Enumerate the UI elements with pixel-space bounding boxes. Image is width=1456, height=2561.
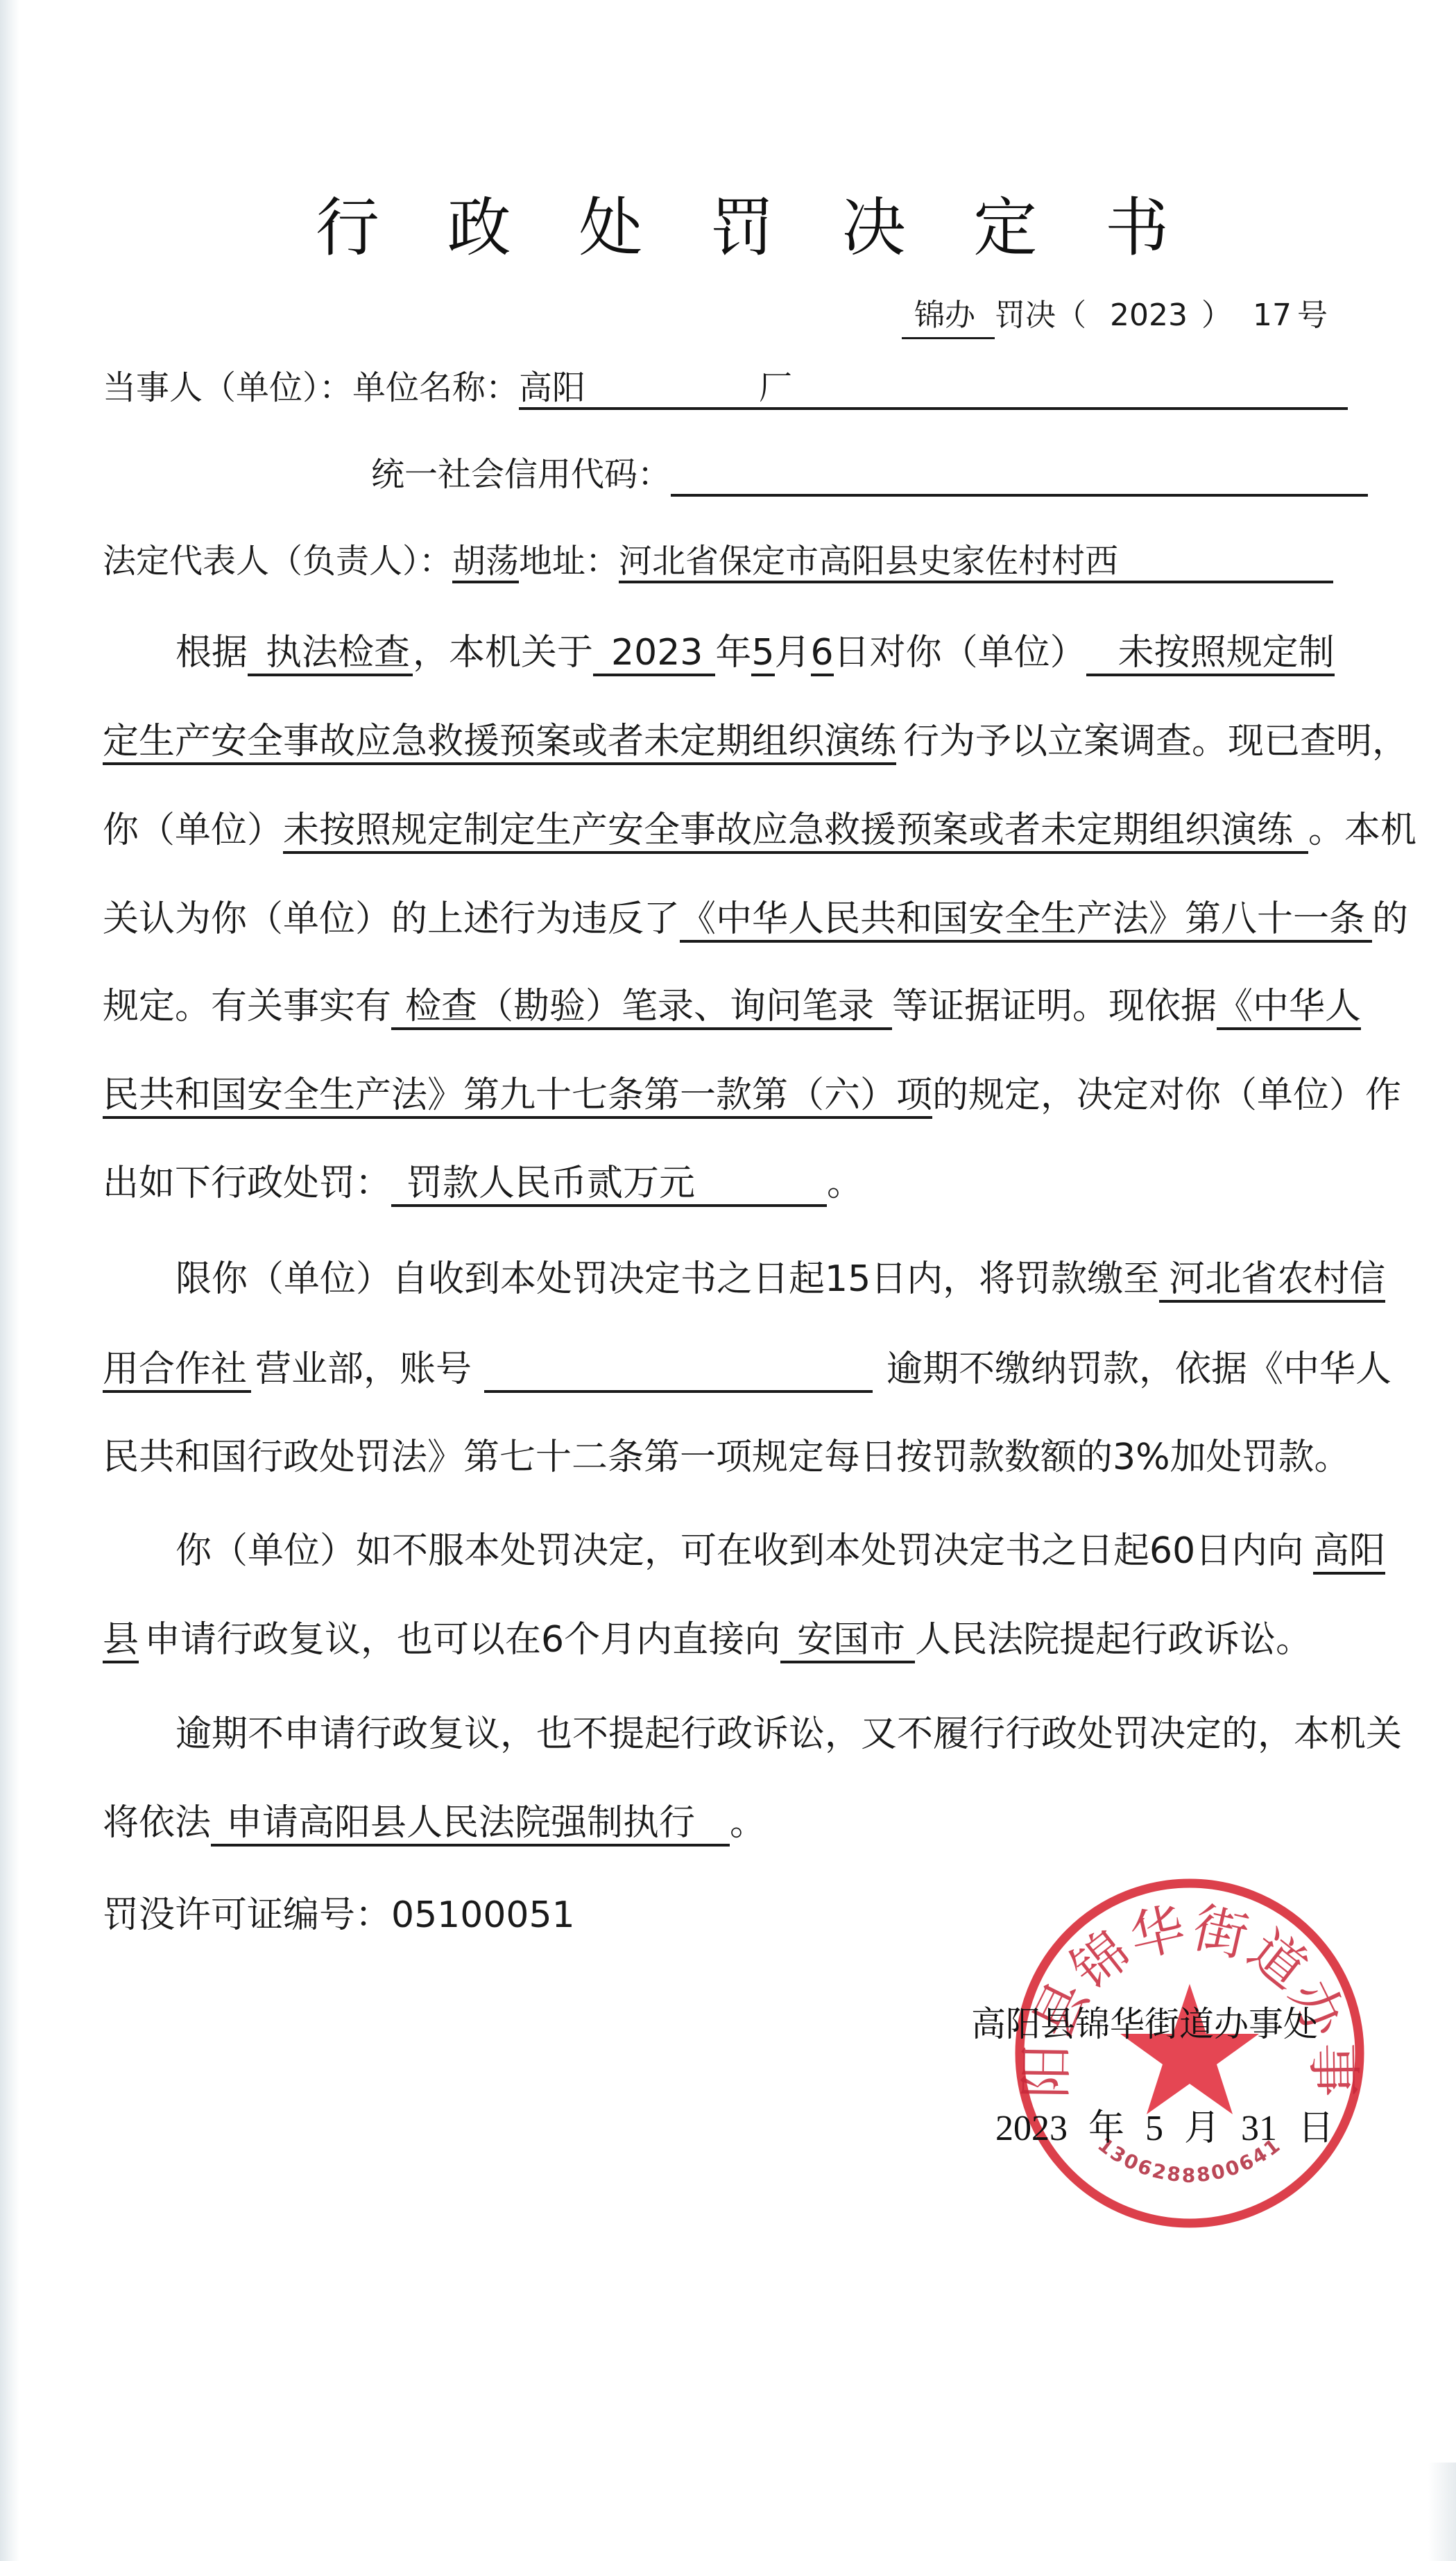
- text: 你（单位）如不服本处罚决定，可在收到本处罚决定书之日起60日内向: [175, 1530, 1303, 1572]
- text: 。本机: [1308, 810, 1416, 851]
- text: 限你（单位）自收到本处罚决定书之日起15日内，将罚款缴至: [175, 1258, 1159, 1300]
- violated-law: 《中华人民共和国安全生产法》第八十一条: [680, 901, 1372, 943]
- penalty-basis-part1: 《中华人: [1217, 988, 1361, 1030]
- scan-edge-left: [0, 0, 19, 2561]
- credit-code-label: 统一社会信用代码：: [371, 455, 671, 494]
- party-unit-line: 当事人（单位）：单位名称：高阳█厂: [103, 371, 1348, 410]
- para1-line2: 定生产安全事故应急救援预案或者未定期组织演练行为予以立案调查。现已查明，: [103, 723, 1408, 765]
- penalty-amount: 罚款人民币贰万元: [391, 1165, 827, 1207]
- para3-line1: 你（单位）如不服本处罚决定，可在收到本处罚决定书之日起60日内向高阳: [103, 1533, 1385, 1575]
- para1-line5: 规定。有关事实有检查（勘验）笔录、询问笔录等证据证明。现依据《中华人: [103, 988, 1361, 1030]
- title-char: 书: [1105, 177, 1169, 268]
- para2-line1: 限你（单位）自收到本处罚决定书之日起15日内，将罚款缴至河北省农村信: [103, 1261, 1385, 1303]
- title-char: 行: [316, 177, 379, 268]
- credit-code-field: [redacted]: [671, 458, 1368, 497]
- text: ，本机关于: [413, 632, 593, 674]
- doc-number-year: 2023: [1110, 298, 1188, 333]
- text: 的: [1372, 898, 1408, 940]
- inspection-month: 5: [751, 635, 774, 676]
- address-value: 河北省保定市高阳县史家佐村村西: [619, 545, 1333, 583]
- para1-line3: 你（单位）未按照规定制定生产安全事故应急救援预案或者未定期组织演练。本机: [103, 812, 1416, 854]
- issue-date: 2023年5月31日: [995, 2098, 1355, 2150]
- inspection-basis: 执法检查: [248, 635, 413, 676]
- text: 出如下行政处罚：: [103, 1163, 391, 1204]
- issue-month: 5: [1145, 2109, 1163, 2148]
- official-seal-icon: 高阳县锦华街道办事处 1306288800641: [1009, 1873, 1370, 2234]
- payment-bank-part2: 用合作社: [103, 1351, 251, 1393]
- text: 根据: [175, 632, 248, 674]
- evidence-text: 检查（勘验）笔录、询问笔录: [391, 988, 892, 1030]
- issue-day: 31: [1241, 2109, 1277, 2148]
- text: 年: [1088, 2109, 1124, 2148]
- title-char: 政: [447, 177, 511, 268]
- text: 行为予以立案调查。现已查明，: [903, 721, 1408, 762]
- text: 月: [775, 632, 811, 674]
- credit-code-line: 统一社会信用代码：[redacted]: [371, 458, 1368, 497]
- title-char: 定: [973, 177, 1037, 268]
- address-label: 地址：: [519, 542, 619, 581]
- para2-line2: 用合作社营业部，账号[redacted]逾期不缴纳罚款，依据《中华人: [103, 1351, 1391, 1393]
- text: 的规定，决定对你（单位）作: [932, 1074, 1401, 1116]
- finding-text: 未按照规定制定生产安全事故应急救援预案或者未定期组织演练: [283, 812, 1308, 854]
- issuing-organization: 高阳县锦华街道办事处: [971, 1996, 1318, 2046]
- title-char: 处: [579, 177, 642, 268]
- text: 申请行政复议，也可以在6个月内直接向: [144, 1619, 780, 1661]
- text: 日对你（单位）: [834, 632, 1086, 674]
- inspection-day: 6: [811, 635, 834, 676]
- text: 逾期不缴纳罚款，依据《中华人: [887, 1348, 1391, 1390]
- review-org-part1: 高阳: [1313, 1533, 1385, 1575]
- text: 民共和国行政处罚法》第七十二条第一项规定每日按罚款数额的3%加处罚款。: [103, 1437, 1351, 1478]
- para1-line4: 关认为你（单位）的上述行为违反了《中华人民共和国安全生产法》第八十一条的: [103, 901, 1408, 943]
- text: 你（单位）: [103, 810, 283, 851]
- text: 。: [827, 1163, 863, 1204]
- para1-line6: 民共和国安全生产法》第九十七条第一款第（六）项的规定，决定对你（单位）作: [103, 1077, 1401, 1119]
- doc-number-middle: 罚决（: [995, 298, 1086, 333]
- text: 等证据证明。现依据: [892, 986, 1217, 1027]
- para4-line1: 逾期不申请行政复议，也不提起行政诉讼，又不履行行政处罚决定的，本机关: [103, 1716, 1402, 1752]
- para1-line7: 出如下行政处罚：罚款人民币贰万元。: [103, 1165, 863, 1207]
- unit-name-tail: 厂: [759, 368, 792, 407]
- unit-name-redacted: █: [585, 371, 759, 404]
- text: 日: [1298, 2109, 1334, 2148]
- doc-number-value: 17: [1253, 298, 1292, 333]
- review-org-part2: 县: [103, 1622, 139, 1663]
- para1-line1: 根据执法检查，本机关于2023年5月6日对你（单位）未按照规定制: [103, 635, 1335, 676]
- para2-line3: 民共和国行政处罚法》第七十二条第一项规定每日按罚款数额的3%加处罚款。: [103, 1439, 1351, 1475]
- license-label: 罚没许可证编号：: [103, 1894, 391, 1936]
- license-line: 罚没许可证编号：05100051: [103, 1897, 575, 1933]
- para3-line2: 县申请行政复议，也可以在6个月内直接向安国市人民法院提起行政诉讼。: [103, 1622, 1312, 1663]
- payment-bank-part1: 河北省农村信: [1159, 1261, 1385, 1303]
- text: 关认为你（单位）的上述行为违反了: [103, 898, 680, 940]
- document-title: 行 政 处 罚 决 定 书: [316, 177, 1169, 268]
- issue-year: 2023: [995, 2109, 1068, 2148]
- document-number: 锦办罚决（ 2023） 17号: [902, 290, 1328, 339]
- title-char: 决: [842, 177, 906, 268]
- doc-number-suffix: 号: [1297, 298, 1328, 333]
- para4-line2: 将依法申请高阳县人民法院强制执行。: [103, 1805, 766, 1847]
- legal-rep-name: 胡荡: [452, 545, 519, 583]
- text: 营业部，账号: [255, 1348, 472, 1390]
- doc-number-prefix: 锦办: [902, 290, 995, 339]
- party-label: 当事人（单位）：单位名称：: [103, 368, 519, 407]
- license-number: 05100051: [391, 1894, 575, 1936]
- court-name: 安国市: [780, 1622, 915, 1663]
- doc-number-close: ）: [1201, 298, 1232, 333]
- bank-account-redacted: [redacted]: [484, 1351, 873, 1393]
- text: 人民法院提起行政诉讼。: [915, 1619, 1312, 1661]
- violation-text-part2: 定生产安全事故应急救援预案或者未定期组织演练: [103, 723, 896, 765]
- legal-rep-line: 法定代表人（负责人）：胡荡地址：河北省保定市高阳县史家佐村村西: [103, 545, 1333, 583]
- violation-text-part1: 未按照规定制: [1086, 635, 1335, 676]
- legal-rep-label: 法定代表人（负责人）：: [103, 542, 452, 581]
- scan-edge-right: [1428, 2462, 1456, 2561]
- inspection-year: 2023: [593, 635, 715, 676]
- text: 年: [715, 632, 751, 674]
- penalty-basis-part2: 民共和国安全生产法》第九十七条第一款第（六）项: [103, 1077, 932, 1119]
- text: 月: [1184, 2109, 1220, 2148]
- text: 规定。有关事实有: [103, 986, 391, 1027]
- unit-name-visible: 高阳: [519, 368, 585, 407]
- text: 。: [730, 1802, 766, 1844]
- unit-name-field: 高阳█厂: [519, 371, 1348, 410]
- enforcement-text: 申请高阳县人民法院强制执行: [211, 1805, 730, 1847]
- title-char: 罚: [710, 177, 774, 268]
- text: 将依法: [103, 1802, 211, 1844]
- text: 逾期不申请行政复议，也不提起行政诉讼，又不履行行政处罚决定的，本机关: [175, 1713, 1402, 1755]
